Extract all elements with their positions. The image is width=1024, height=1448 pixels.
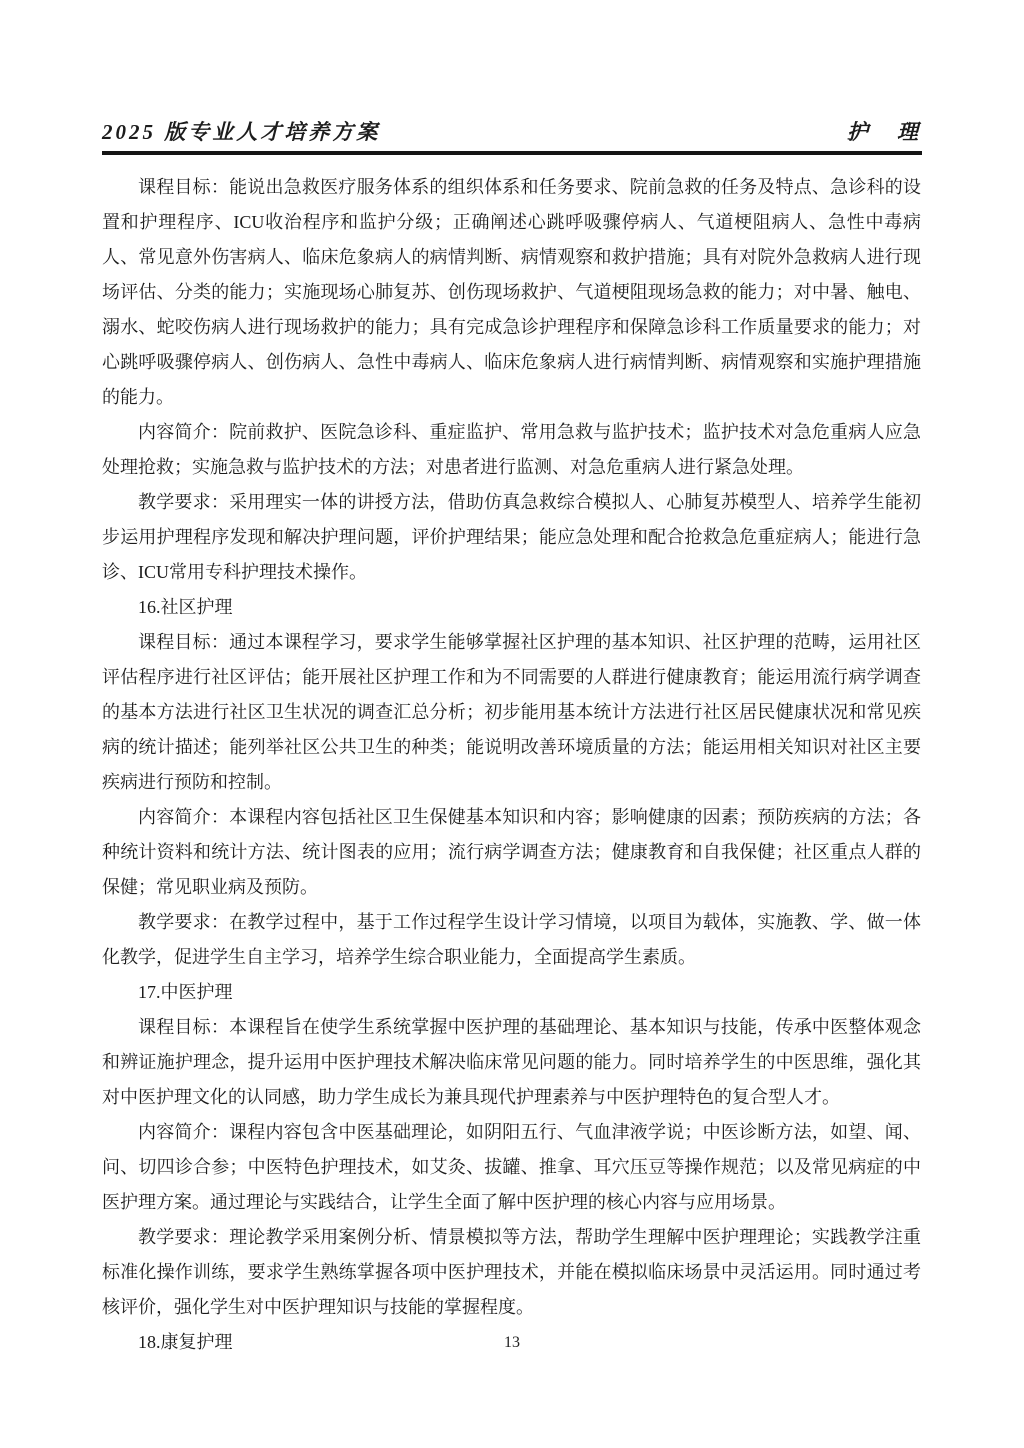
paragraph-community-course-objectives: 课程目标：通过本课程学习，要求学生能够掌握社区护理的基本知识、社区护理的范畴，运… bbox=[102, 625, 921, 800]
document-page: 2025 版专业人才培养方案 护 理 课程目标：能说出急救医疗服务体系的组织体系… bbox=[0, 0, 1024, 1448]
section-heading-17-tcm-nursing: 17.中医护理 bbox=[102, 975, 921, 1010]
paragraph-emergency-content-summary: 内容简介：院前救护、医院急诊科、重症监护、常用急救与监护技术；监护技术对急危重病… bbox=[102, 415, 921, 485]
paragraph-emergency-course-objectives: 课程目标：能说出急救医疗服务体系的组织体系和任务要求、院前急救的任务及特点、急诊… bbox=[102, 170, 921, 415]
paragraph-community-teaching-requirements: 教学要求：在教学过程中，基于工作过程学生设计学习情境，以项目为载体，实施教、学、… bbox=[102, 905, 921, 975]
page-number: 13 bbox=[504, 1334, 520, 1351]
paragraph-tcm-course-objectives: 课程目标：本课程旨在使学生系统掌握中医护理的基础理论、基本知识与技能，传承中医整… bbox=[102, 1010, 921, 1115]
header-major-label: 护 理 bbox=[847, 116, 922, 146]
header-double-rule bbox=[102, 151, 922, 155]
header-doc-title: 2025 版专业人才培养方案 bbox=[102, 116, 380, 146]
paragraph-community-content-summary: 内容简介：本课程内容包括社区卫生保健基本知识和内容；影响健康的因素；预防疾病的方… bbox=[102, 800, 921, 905]
paragraph-tcm-teaching-requirements: 教学要求：理论教学采用案例分析、情景模拟等方法，帮助学生理解中医护理理论；实践教… bbox=[102, 1220, 921, 1325]
page-footer: 13 bbox=[0, 1334, 1024, 1352]
header-row: 2025 版专业人才培养方案 护 理 bbox=[102, 116, 922, 146]
document-body: 课程目标：能说出急救医疗服务体系的组织体系和任务要求、院前急救的任务及特点、急诊… bbox=[102, 170, 921, 1360]
paragraph-tcm-content-summary: 内容简介：课程内容包含中医基础理论，如阴阳五行、气血津液学说；中医诊断方法，如望… bbox=[102, 1115, 921, 1220]
paragraph-emergency-teaching-requirements: 教学要求：采用理实一体的讲授方法，借助仿真急救综合模拟人、心肺复苏模型人、培养学… bbox=[102, 485, 921, 590]
section-heading-16-community-nursing: 16.社区护理 bbox=[102, 590, 921, 625]
page-header: 2025 版专业人才培养方案 护 理 bbox=[102, 116, 922, 155]
